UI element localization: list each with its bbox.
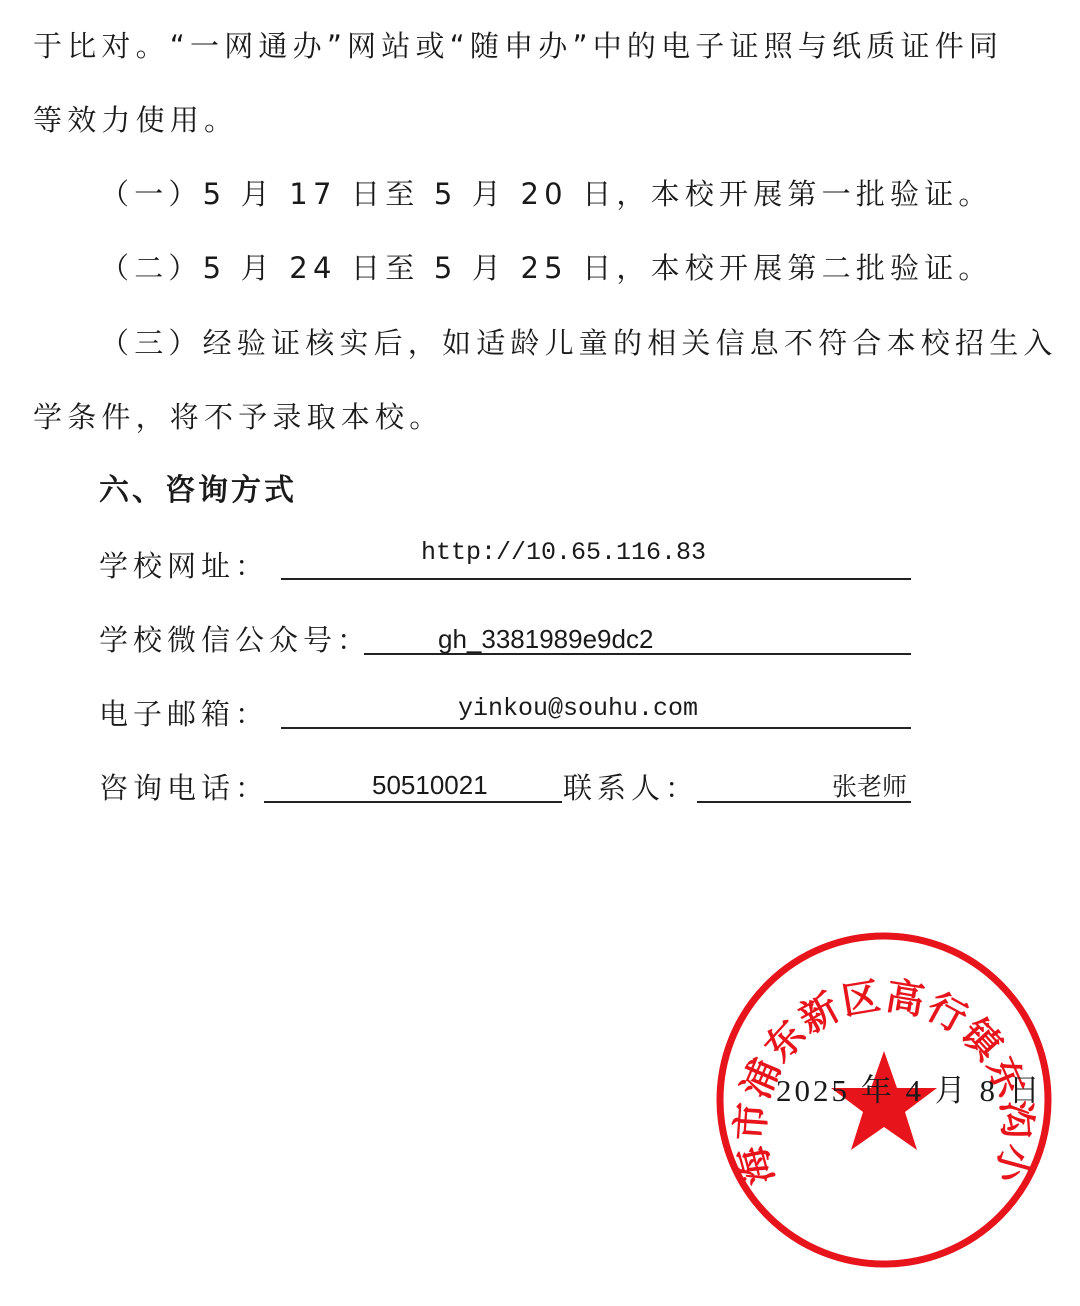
email-underline xyxy=(281,727,911,729)
item-3-line-2: 学条件，将不予录取本校。 xyxy=(33,403,443,432)
contact-person-label: 联系人： xyxy=(563,774,699,803)
contact-person-value: 张老师 xyxy=(832,774,907,799)
paragraph-intro-line-1: 于比对。“一网通办”网站或“随申办”中的电子证照与纸质证件同 xyxy=(33,32,1003,61)
seal-org-name: 上海市浦东新区高行镇东沟小学 xyxy=(712,928,1040,1190)
website-value[interactable]: http://10.65.116.83 xyxy=(421,540,706,565)
contact-person-underline xyxy=(697,801,911,803)
document-date: 2025 年 4 月 8 日 xyxy=(776,1065,1043,1110)
phone-label: 咨询电话： xyxy=(99,774,269,803)
website-label: 学校网址： xyxy=(99,552,269,581)
item-3-line-1: （三）经验证核实后，如适龄儿童的相关信息不符合本校招生入 xyxy=(100,329,1058,358)
phone-underline xyxy=(264,801,562,803)
item-1: （一）5 月 17 日至 5 月 20 日，本校开展第一批验证。 xyxy=(100,180,993,209)
item-2: （二）5 月 24 日至 5 月 25 日，本校开展第二批验证。 xyxy=(100,254,993,283)
phone-value[interactable]: 50510021 xyxy=(372,772,488,798)
paragraph-intro-line-2: 等效力使用。 xyxy=(33,106,238,135)
email-value[interactable]: yinkou@souhu.com xyxy=(458,696,698,721)
website-underline xyxy=(281,578,911,580)
section-heading-consultation: 六、咨询方式 xyxy=(99,476,297,506)
email-label: 电子邮箱： xyxy=(99,700,269,729)
svg-text:上海市浦东新区高行镇东沟小学: 上海市浦东新区高行镇东沟小学 xyxy=(712,928,1040,1190)
wechat-value: gh_3381989e9dc2 xyxy=(438,626,653,652)
wechat-label: 学校微信公众号： xyxy=(99,626,371,655)
